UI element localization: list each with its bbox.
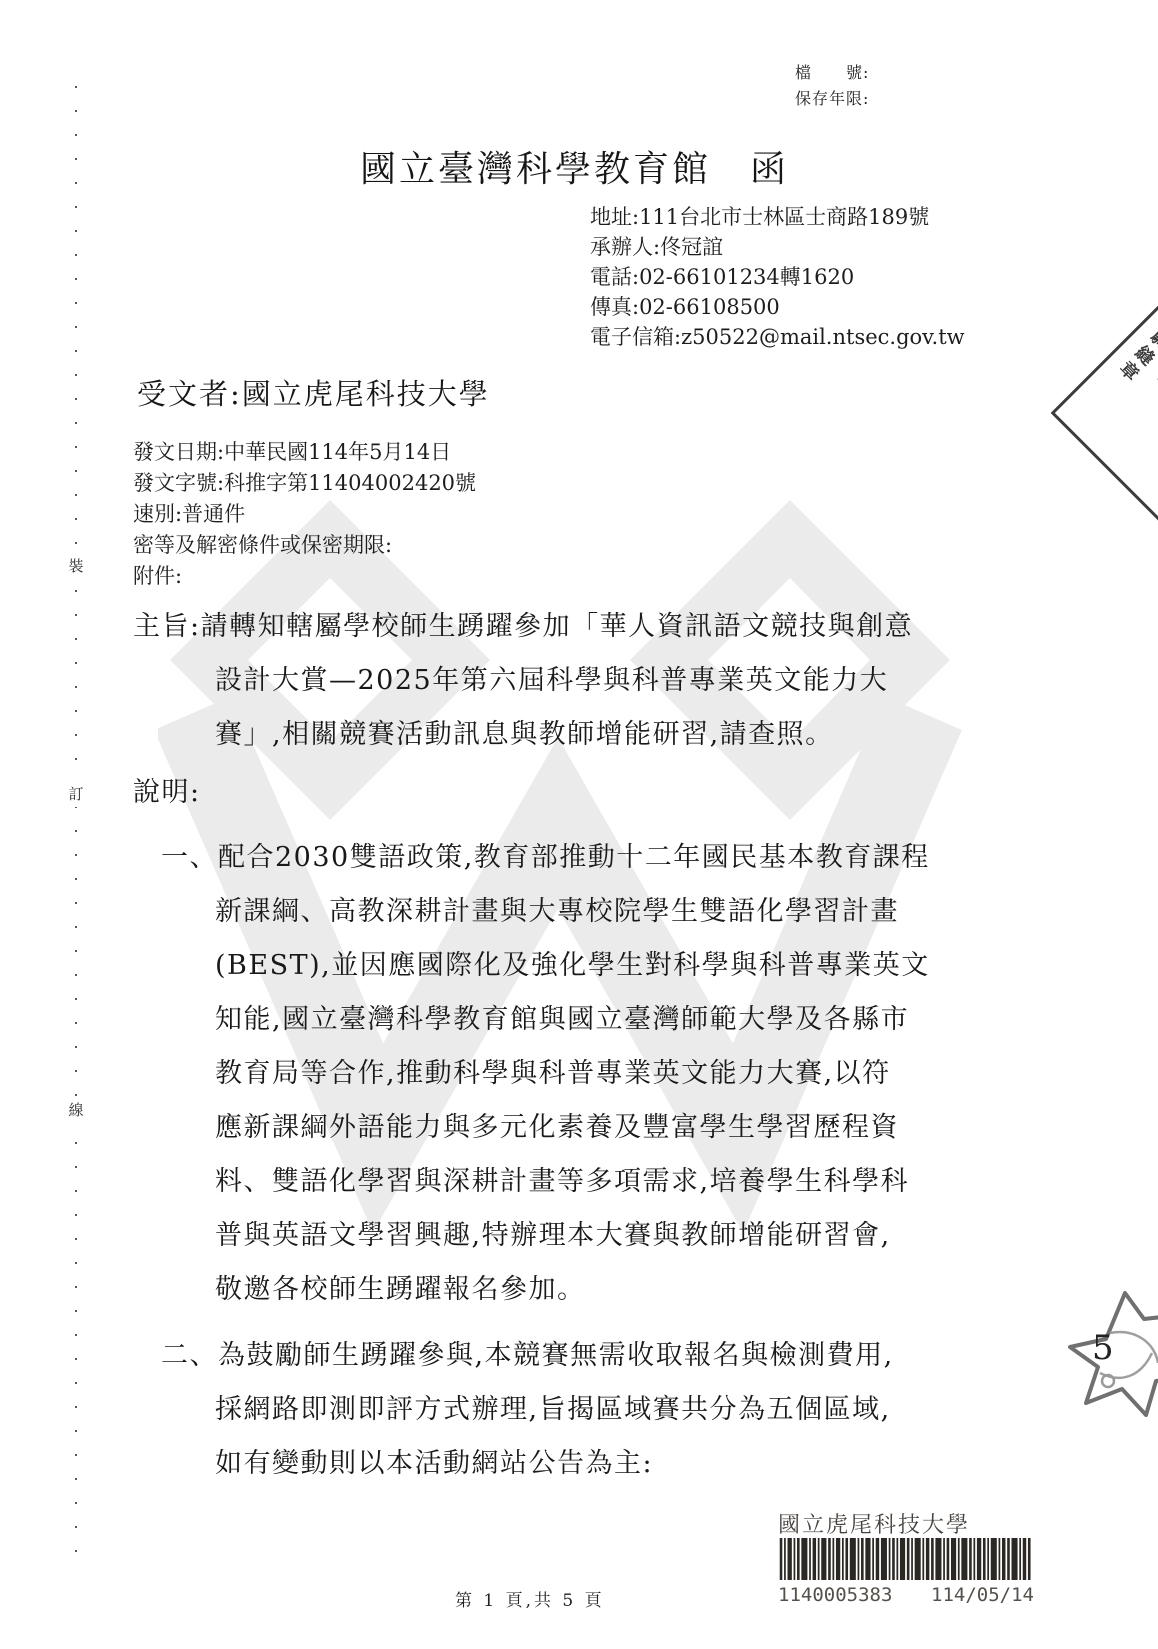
barcode-number: 1140005383 (778, 1584, 892, 1606)
item-line: 教育局等合作,推動科學與科普專業英文能力大賽,以符 (161, 1047, 971, 1101)
stamp-text: 收文 騎縫章 (1065, 322, 1158, 456)
seal-number: 5 (1092, 1328, 1114, 1368)
footer-org-label: 國立虎尾科技大學 (778, 1508, 970, 1539)
subject-line: 設計大賞—2025年第六屆科學與科普專業英文能力大 (133, 654, 963, 708)
item-line: 知能,國立臺灣科學教育館與國立臺灣師範大學及各縣市 (161, 993, 971, 1047)
binding-mark-xian: 線 (62, 1096, 90, 1123)
subject-block: 主旨:請轉知轄屬學校師生踴躍參加「華人資訊語文競技與創意 設計大賞—2025年第… (133, 600, 963, 762)
sender-email: 電子信箱:z50522@mail.ntsec.gov.tw (590, 322, 965, 352)
subject-line: 主旨:請轉知轄屬學校師生踴躍參加「華人資訊語文競技與創意 (133, 600, 963, 654)
explanation-item-2: 二、為鼓勵師生踴躍參與,本競賽無需收取報名與檢測費用, 採網路即測即評方式辦理,… (161, 1329, 971, 1491)
archive-labels: 檔 號: 保存年限: (795, 60, 869, 112)
subject-line: 賽」,相關競賽活動訊息與教師增能研習,請查照。 (133, 708, 963, 762)
sender-info-block: 地址:111台北市士林區士商路189號 承辦人:佟冠誼 電話:02-661012… (590, 202, 965, 352)
barcode-caption: 1140005383 114/05/14 (778, 1584, 1034, 1606)
meta-date: 發文日期:中華民國114年5月14日 (133, 437, 476, 468)
meta-block: 發文日期:中華民國114年5月14日 發文字號:科推字第11404002420號… (133, 437, 476, 592)
meta-attachment: 附件: (133, 561, 476, 592)
item-number: 一、 (161, 842, 218, 873)
item-line: 採網路即測即評方式辦理,旨揭區域賽共分為五個區域, (161, 1383, 971, 1437)
binding-dotted-line (75, 86, 77, 1566)
item-line: 應新課綱外語能力與多元化素養及豐富學生學習歷程資 (161, 1101, 971, 1155)
item-text: 為鼓勵師生踴躍參與,本競賽無需收取報名與檢測費用, (218, 1340, 894, 1371)
sender-contact: 承辦人:佟冠誼 (590, 232, 965, 262)
page-seal: 5 (1050, 1285, 1158, 1420)
item-line: 料、雙語化學習與深耕計畫等多項需求,培養學生科學科 (161, 1155, 971, 1209)
retention-label: 保存年限: (795, 86, 869, 112)
barcode-date: 114/05/14 (931, 1584, 1034, 1606)
barcode-graphic (778, 1538, 1034, 1580)
document-title: 國立臺灣科學教育館 函 (360, 141, 789, 192)
meta-doc-number: 發文字號:科推字第11404002420號 (133, 468, 476, 499)
item-line: 普與英語文學習興趣,特辦理本大賽與教師增能研習會, (161, 1209, 971, 1263)
item-line: 二、為鼓勵師生踴躍參與,本競賽無需收取報名與檢測費用, (161, 1329, 971, 1383)
item-text: 配合2030雙語政策,教育部推動十二年國民基本教育課程 (218, 842, 930, 873)
item-line: 新課綱、高教深耕計畫與大專校院學生雙語化學習計畫 (161, 885, 971, 939)
binding-mark-zhuang: 裝 (62, 552, 90, 579)
sender-address: 地址:111台北市士林區士商路189號 (590, 202, 965, 232)
sender-fax: 傳真:02-66108500 (590, 292, 965, 322)
item-line: 如有變動則以本活動網站公告為主: (161, 1437, 971, 1491)
explanation-label: 說明: (133, 766, 201, 820)
meta-speed: 速別:普通件 (133, 499, 476, 530)
item-number: 二、 (161, 1340, 218, 1371)
sender-phone: 電話:02-66101234轉1620 (590, 262, 965, 292)
subject-text: 請轉知轄屬學校師生踴躍參加「華人資訊語文競技與創意 (201, 611, 914, 642)
item-line: 敬邀各校師生踴躍報名參加。 (161, 1263, 971, 1317)
page-number: 第 1 頁,共 5 頁 (455, 1586, 605, 1611)
corner-stamp: 收文 騎縫章 (1051, 296, 1158, 531)
document-page: 裝 訂 線 檔 號: 保存年限: 國立臺灣科學教育館 函 地址:111台北市士林… (0, 0, 1158, 1649)
binding-mark-ding: 訂 (62, 780, 90, 807)
meta-security: 密等及解密條件或保密期限: (133, 530, 476, 561)
item-line: (BEST),並因應國際化及強化學生對科學與科普專業英文 (161, 939, 971, 993)
item-line: 一、配合2030雙語政策,教育部推動十二年國民基本教育課程 (161, 831, 971, 885)
explanation-item-1: 一、配合2030雙語政策,教育部推動十二年國民基本教育課程 新課綱、高教深耕計畫… (161, 831, 971, 1317)
subject-label: 主旨: (133, 611, 201, 642)
recipient-line: 受文者:國立虎尾科技大學 (137, 372, 490, 413)
file-number-label: 檔 號: (795, 60, 869, 86)
